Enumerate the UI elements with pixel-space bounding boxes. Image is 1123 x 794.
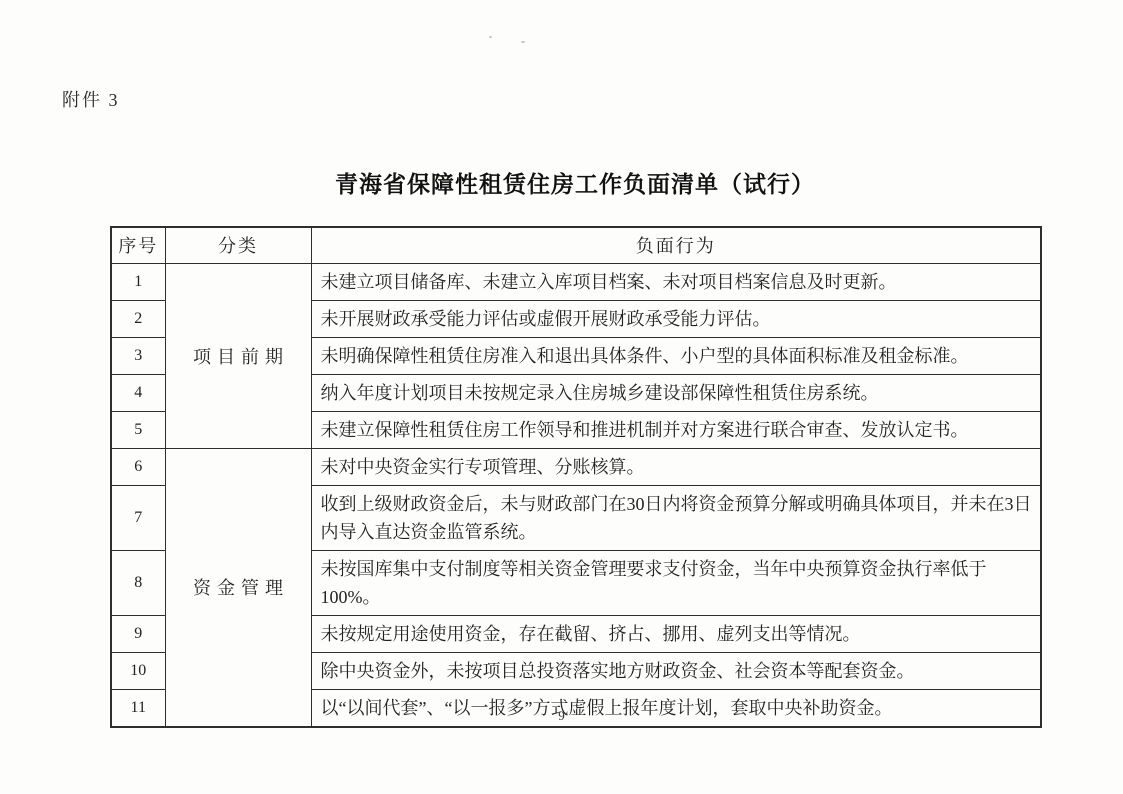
row-number-cell: 5	[111, 411, 165, 448]
behavior-cell: 未建立项目储备库、未建立入库项目档案、未对项目档案信息及时更新。	[311, 263, 1041, 300]
behavior-cell: 未对中央资金实行专项管理、分账核算。	[311, 448, 1041, 485]
col-header-behavior: 负面行为	[311, 227, 1041, 263]
row-number-cell: 2	[111, 300, 165, 337]
behavior-cell: 未建立保障性租赁住房工作领导和推进机制并对方案进行联合审查、发放认定书。	[311, 411, 1041, 448]
table-header: 序号 分类 负面行为	[111, 227, 1041, 263]
table-row: 6资金管理未对中央资金实行专项管理、分账核算。	[111, 448, 1041, 485]
behavior-cell: 纳入年度计划项目未按规定录入住房城乡建设部保障性租赁住房系统。	[311, 374, 1041, 411]
col-header-category: 分类	[165, 227, 311, 263]
behavior-cell: 收到上级财政资金后，未与财政部门在30日内将资金预算分解或明确具体项目，并未在3…	[311, 485, 1041, 550]
row-number-cell: 9	[111, 615, 165, 652]
negative-list-table: 序号 分类 负面行为 1项目前期未建立项目储备库、未建立入库项目档案、未对项目档…	[110, 226, 1042, 728]
behavior-cell: 未按规定用途使用资金，存在截留、挤占、挪用、虚列支出等情况。	[311, 615, 1041, 652]
category-cell: 资金管理	[165, 448, 311, 727]
behavior-cell: 未开展财政承受能力评估或虚假开展财政承受能力评估。	[311, 300, 1041, 337]
header-row: 序号 分类 负面行为	[111, 227, 1041, 263]
row-number-cell: 6	[111, 448, 165, 485]
behavior-cell: 除中央资金外，未按项目总投资落实地方财政资金、社会资本等配套资金。	[311, 652, 1041, 689]
table-row: 1项目前期未建立项目储备库、未建立入库项目档案、未对项目档案信息及时更新。	[111, 263, 1041, 300]
behavior-cell: 未按国库集中支付制度等相关资金管理要求支付资金，当年中央预算资金执行率低于100…	[311, 550, 1041, 615]
scan-speck	[521, 41, 525, 43]
row-number-cell: 4	[111, 374, 165, 411]
row-number-cell: 8	[111, 550, 165, 615]
row-number-cell: 10	[111, 652, 165, 689]
attachment-label: 附件 3	[62, 86, 120, 112]
scan-speck	[489, 36, 492, 38]
row-number-cell: 1	[111, 263, 165, 300]
row-number-cell: 3	[111, 337, 165, 374]
table-body: 1项目前期未建立项目储备库、未建立入库项目档案、未对项目档案信息及时更新。2未开…	[111, 263, 1041, 727]
page-number: 9	[0, 708, 1123, 724]
row-number-cell: 7	[111, 485, 165, 550]
behavior-cell: 未明确保障性租赁住房准入和退出具体条件、小户型的具体面积标准及租金标准。	[311, 337, 1041, 374]
page-title: 青海省保障性租赁住房工作负面清单（试行）	[110, 166, 1040, 199]
document-page: 附件 3 青海省保障性租赁住房工作负面清单（试行） 序号 分类 负面行为 1项目…	[0, 0, 1123, 794]
category-cell: 项目前期	[165, 263, 311, 448]
col-header-no: 序号	[111, 227, 165, 263]
